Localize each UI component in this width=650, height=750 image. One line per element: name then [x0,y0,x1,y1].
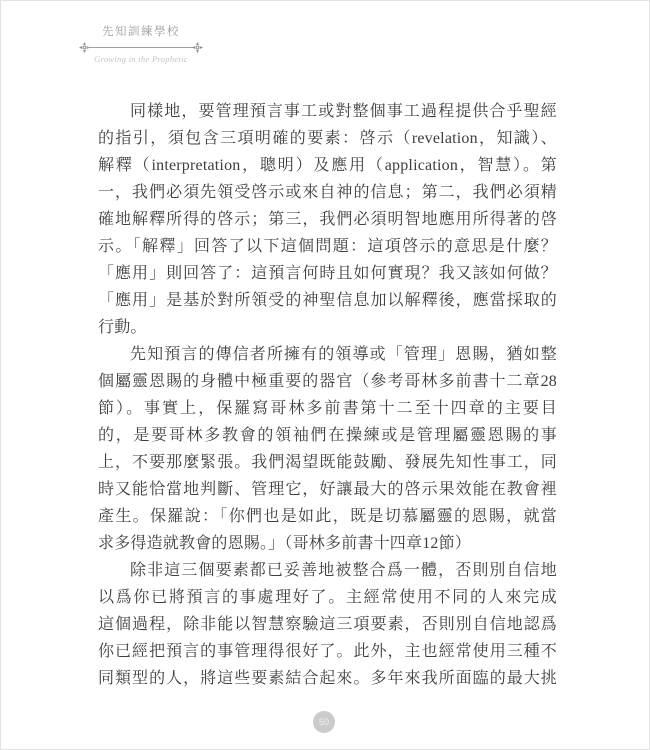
compass-ornament-icon [192,42,203,53]
header-rule [81,42,201,53]
text-line: 「應用」則回答了：這預言何時且如何實現？我又該如何做？ [98,260,557,287]
text-line: 的，是要哥林多教會的領袖們在操練或是管理屬靈恩賜的事 [98,422,557,449]
text-line: 行動。 [98,314,557,341]
text-line: 產生。保羅說：「你們也是如此，既是切慕屬靈的恩賜，就當 [98,503,557,530]
text-line: 你已經把預言的事管理得很好了。此外，主也經常使用三種不 [98,638,557,665]
book-title: 先知訓練學校 [81,25,201,39]
text-line: 示。「解釋」回答了以下這個問題：這項啓示的意思是什麼？ [98,233,557,260]
text-line: 同樣地，要管理預言事工或對整個事工過程提供合乎聖經 [98,98,557,125]
text-line: 以爲你已將預言的事處理好了。主經常使用不同的人來完成 [98,584,557,611]
text-line: 求多得造就教會的恩賜。」（哥林多前書十四章12節） [98,530,557,557]
text-line: 除非這三個要素都已妥善地被整合爲一體，否則別自信地 [98,557,557,584]
book-subtitle: Growing in the Prophetic [81,54,201,64]
running-head: 先知訓練學校 Gr [81,25,201,64]
text-line: 上，不要那麼緊張。我們渴望既能鼓勵、發展先知性事工，同 [98,449,557,476]
text-line: 一，我們必須先領受啓示或來自神的信息；第二，我們必須精 [98,179,557,206]
text-line: 節）。事實上，保羅寫哥林多前書第十二至十四章的主要目 [98,395,557,422]
text-line: 這個過程，除非能以智慧察驗這三項要素，否則別自信地認爲 [98,611,557,638]
text-line: 「應用」是基於對所領受的神聖信息加以解釋後，應當採取的 [98,287,557,314]
page-body-text: 同樣地，要管理預言事工或對整個事工過程提供合乎聖經 的指引，須包含三項明確的要素… [98,98,557,692]
text-line: 時又能恰當地判斷、管理它，好讓最大的啓示果效能在教會裡 [98,476,557,503]
text-line: 同類型的人，將這些要素結合起來。多年來我所面臨的最大挑 [98,665,557,692]
header-divider-line [87,47,195,48]
text-line: 個屬靈恩賜的身體中極重要的器官（參考哥林多前書十二章28 [98,368,557,395]
text-line: 解釋（interpretation，聰明）及應用（application，智慧）… [98,152,557,179]
text-line: 先知預言的傳信者所擁有的領導或「管理」恩賜，猶如整 [98,341,557,368]
page-number-badge: 50 [313,711,335,733]
text-line: 確地解釋所得的啓示；第三，我們必須明智地應用所得著的啓 [98,206,557,233]
book-page: 先知訓練學校 Gr [0,0,650,750]
text-line: 的指引，須包含三項明確的要素：啓示（revelation，知識）、 [98,125,557,152]
